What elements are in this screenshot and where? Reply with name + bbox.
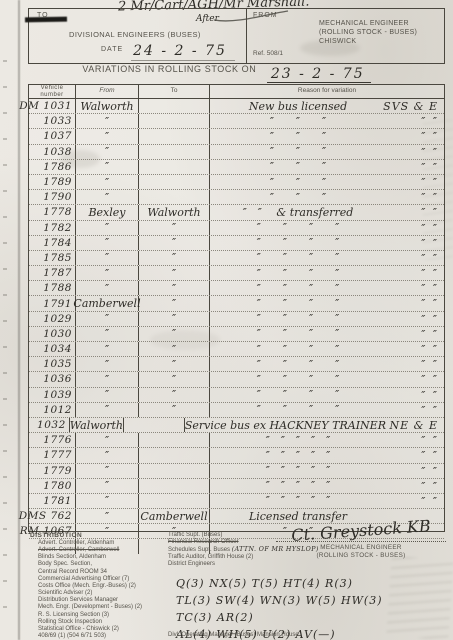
reason-cell: ″ ″ ″ ″ ″ ″ xyxy=(210,296,444,310)
table-row: 1033 ″ ″ ″ ″ ″ ″ xyxy=(29,114,444,129)
table-row: 1781 ″ ″ ″ ″ ″ ″ ″ ″ xyxy=(29,494,444,509)
reason-text: ″ ″ ″ ″ xyxy=(257,236,397,249)
reason-text: ″ ″ ″ xyxy=(270,145,384,158)
reason-text: ″ ″ ″ xyxy=(270,191,384,204)
reason-cell: ″ ″ ″ ″ ″ xyxy=(210,114,444,128)
reason-text: ″ ″ ″ ″ xyxy=(257,403,397,416)
distribution-title: DISTRIBUTION xyxy=(30,532,82,539)
to-cell xyxy=(139,114,210,128)
to-cell: ″ xyxy=(139,251,210,265)
from-cell: Walworth xyxy=(70,418,124,432)
from-cell: ″ xyxy=(76,494,139,508)
table-header-row: Vehicle number From To Reason for variat… xyxy=(29,85,444,99)
to-cell xyxy=(139,129,210,143)
vehicle-number-cell: 1784 xyxy=(29,236,76,250)
reason-text: ″ ″ ″ ″ xyxy=(257,388,397,401)
reason-cell: ″ ″ ″ ″ ″ xyxy=(210,129,444,143)
reason-cell: ″ ″ ″ ″ ″ ″ xyxy=(210,388,444,402)
reason-code-text: ″ ″ xyxy=(421,222,438,235)
reason-cell: ″ ″ ″ ″ ″ ″ ″ xyxy=(210,433,444,447)
margin-marks xyxy=(3,60,7,620)
table-row: 1778 Bexley Walworth ″ ″ & transferred ″… xyxy=(29,205,444,220)
distribution-item: Costs Office (Mech. Engr.-Buses) (2) xyxy=(38,583,178,590)
from-cell: ″ xyxy=(76,372,139,386)
reason-code-text: ″ ″ xyxy=(421,206,438,219)
reason-cell: ″ ″ ″ ″ ″ ″ xyxy=(210,372,444,386)
reason-code-text: ″ ″ xyxy=(421,161,438,174)
reason-code-text: ″ ″ xyxy=(421,389,438,402)
vehicle-number-cell: DMS 762 xyxy=(29,509,76,523)
vehicle-number-cell: 1785 xyxy=(29,251,76,265)
table-row: 1788 ″ ″ ″ ″ ″ ″ ″ ″ xyxy=(29,281,444,296)
vehicle-number-cell: 1030 xyxy=(29,327,76,341)
vehicle-number-cell: 1786 xyxy=(29,160,76,174)
table-row: 1012 ″ ″ ″ ″ ″ ″ ″ ″ xyxy=(29,403,444,418)
vehicle-number-cell: 1032 xyxy=(29,418,70,432)
reason-code-text: ″ ″ xyxy=(421,130,438,143)
distribution-item: R. S. Licensing Section (3) xyxy=(38,612,178,619)
reason-text: ″ ″ ″ ″ ″ xyxy=(266,479,389,492)
from-cell: ″ xyxy=(76,145,139,159)
table-body: DM 1031 Walworth New bus licensed SVS & … xyxy=(29,99,444,554)
from-line-1: MECHANICAL ENGINEER xyxy=(319,19,417,28)
to-cell xyxy=(139,145,210,159)
reason-cell: ″ ″ ″ ″ ″ ″ xyxy=(210,266,444,280)
reason-text: ″ ″ ″ ″ xyxy=(257,373,397,386)
from-cell: Bexley xyxy=(76,205,139,219)
document-title: VARIATIONS IN ROLLING STOCK ON 23 - 2 - … xyxy=(0,64,453,83)
table-row: 1787 ″ ″ ″ ″ ″ ″ ″ ″ xyxy=(29,266,444,281)
table-row: 1785 ″ ″ ″ ″ ″ ″ ″ ″ xyxy=(29,251,444,266)
table-row: 1777 ″ ″ ″ ″ ″ ″ ″ ″ xyxy=(29,448,444,463)
distribution-item: Statistical Office - Chiswick (2) xyxy=(38,626,178,633)
date-row: DATE 24 - 2 - 75 xyxy=(101,43,235,59)
to-cell xyxy=(139,494,210,508)
reason-text: ″ ″ ″ ″ ″ xyxy=(266,464,389,477)
from-cell: ″ xyxy=(76,190,139,204)
vehicle-number-cell: 1782 xyxy=(29,221,76,235)
reason-cell: ″ ″ ″ ″ ″ ″ ″ xyxy=(210,479,444,493)
table-row: 1038 ″ ″ ″ ″ ″ ″ xyxy=(29,145,444,160)
date-value: 24 - 2 - 75 xyxy=(131,43,235,61)
distribution-item: Advert. Controller, Aldenham xyxy=(38,540,178,547)
vehicle-number-cell: 1035 xyxy=(29,357,76,371)
from-cell: ″ xyxy=(76,403,139,417)
reason-text: ″ ″ ″ ″ xyxy=(257,358,397,371)
vehicle-number-cell: 1791 xyxy=(29,296,76,310)
reason-text: ″ ″ ″ ″ xyxy=(257,297,397,310)
vehicle-number-cell: 1787 xyxy=(29,266,76,280)
reason-code-text: ″ ″ xyxy=(421,480,438,493)
reason-code-text: ″ ″ xyxy=(421,297,438,310)
from-cell: ″ xyxy=(76,175,139,189)
table-row: 1789 ″ ″ ″ ″ ″ ″ xyxy=(29,175,444,190)
recipient-item: District Engineers xyxy=(168,561,348,568)
to-cell xyxy=(139,99,210,113)
to-cell: ″ xyxy=(139,281,210,295)
vehicle-number-header: Vehicle number xyxy=(29,85,76,98)
from-cell: ″ xyxy=(76,221,139,235)
vehicle-number-cell: 1012 xyxy=(29,403,76,417)
table-row: 1782 ″ ″ ″ ″ ″ ″ ″ ″ xyxy=(29,221,444,236)
vehicle-number-cell: 1790 xyxy=(29,190,76,204)
reason-code-text: ″ ″ xyxy=(421,191,438,204)
table-row: 1790 ″ ″ ″ ″ ″ ″ xyxy=(29,190,444,205)
reason-text: ″ ″ ″ xyxy=(270,115,384,128)
reason-cell: ″ ″ ″ ″ ″ ″ xyxy=(210,403,444,417)
to-cell xyxy=(139,160,210,174)
to-cell xyxy=(139,433,210,447)
reason-text: ″ ″ ″ ″ xyxy=(257,343,397,356)
reason-cell: Service bus ex HACKNEY TRAINER NE & E xyxy=(185,418,444,432)
to-cell: Walworth xyxy=(139,205,210,219)
vehicle-number-cell: 1789 xyxy=(29,175,76,189)
table-row: 1029 ″ ″ ″ ″ ″ ″ ″ ″ xyxy=(29,312,444,327)
table-row: 1786 ″ ″ ″ ″ ″ ″ xyxy=(29,160,444,175)
reason-code-text: ″ ″ xyxy=(421,465,438,478)
distribution-item: Body Spec. Section, xyxy=(38,561,178,568)
from-header: From xyxy=(76,85,139,98)
reason-code-text: ″ ″ xyxy=(421,328,438,341)
title-printed-text: VARIATIONS IN ROLLING STOCK ON xyxy=(82,64,256,74)
reason-cell: ″ ″ ″ ″ ″ ″ xyxy=(210,221,444,235)
reason-text: ″ ″ ″ xyxy=(270,176,384,189)
vehicle-number-cell: 1033 xyxy=(29,114,76,128)
from-cell: ″ xyxy=(76,388,139,402)
reason-text: ″ ″ ″ ″ xyxy=(257,251,397,264)
table-row: 1039 ″ ″ ″ ″ ″ ″ ″ ″ xyxy=(29,388,444,403)
from-cell: ″ xyxy=(76,327,139,341)
table-row: 1776 ″ ″ ″ ″ ″ ″ ″ ″ xyxy=(29,433,444,448)
operating-manager-line: Divl. Operating Manager (Buses) Mansion … xyxy=(168,632,299,638)
reason-code-text: ″ ″ xyxy=(421,358,438,371)
to-cell: ″ xyxy=(139,403,210,417)
to-value: DIVISIONAL ENGINEERS (BUSES) xyxy=(69,30,201,39)
reason-code-text: ″ ″ xyxy=(421,313,438,326)
reason-text: ″ ″ ″ ″ ″ xyxy=(266,494,389,507)
table-row: 1034 ″ ″ ″ ″ ″ ″ ″ ″ xyxy=(29,342,444,357)
reason-cell: ″ ″ ″ ″ ″ xyxy=(210,190,444,204)
reason-code-text: ″ ″ xyxy=(421,146,438,159)
from-label: FROM xyxy=(253,12,278,19)
title-handwritten-date: 23 - 2 - 75 xyxy=(267,66,371,83)
from-cell: Camberwell xyxy=(76,296,139,310)
from-line-3: CHISWICK xyxy=(319,37,417,46)
date-label: DATE xyxy=(101,46,123,53)
table-row: 1036 ″ ″ ″ ″ ″ ″ ″ ″ xyxy=(29,372,444,387)
from-cell: ″ xyxy=(76,312,139,326)
vehicle-number-cell: 1036 xyxy=(29,372,76,386)
reason-text: ″ ″ ″ ″ ″ xyxy=(266,434,389,447)
to-cell xyxy=(139,190,210,204)
variations-table: Vehicle number From To Reason for variat… xyxy=(28,84,445,532)
from-cell: ″ xyxy=(76,160,139,174)
reason-text: ″ ″ & transferred xyxy=(243,206,412,219)
table-row: 1032 Walworth Service bus ex HACKNEY TRA… xyxy=(29,418,444,433)
distribution-item: Scientific Adviser (2) xyxy=(38,590,178,597)
distribution-item: Central Record ROOM 34 xyxy=(38,569,178,576)
reason-code-text: ″ ″ xyxy=(421,404,438,417)
vehicle-number-cell: 1781 xyxy=(29,494,76,508)
to-cell xyxy=(139,175,210,189)
table-row: DM 1031 Walworth New bus licensed SVS & … xyxy=(29,99,444,114)
from-cell: ″ xyxy=(76,236,139,250)
footer-section: DISTRIBUTION Advert. Controller, Aldenha… xyxy=(28,531,448,640)
from-cell: ″ xyxy=(76,281,139,295)
table-row: 1037 ″ ″ ″ ″ ″ ″ xyxy=(29,129,444,144)
reason-text: ″ ″ ″ ″ xyxy=(257,327,397,340)
reason-code-text: ″ ″ xyxy=(421,237,438,250)
from-cell: ″ xyxy=(76,266,139,280)
distribution-item: Blinds Section, Aldenham xyxy=(38,554,178,561)
distribution-item: Mech. Engr. (Development - Buses) (2) xyxy=(38,604,178,611)
vehicle-number-cell: 1779 xyxy=(29,464,76,478)
from-cell: ″ xyxy=(76,342,139,356)
reason-code-text: SVS & E xyxy=(383,100,438,113)
reason-code-text: ″ ″ xyxy=(421,434,438,447)
from-cell: ″ xyxy=(76,114,139,128)
signatory-title-1: MECHANICAL ENGINEER xyxy=(276,544,446,552)
reason-cell: ″ ″ ″ ″ ″ ″ xyxy=(210,312,444,326)
from-cell: ″ xyxy=(76,464,139,478)
reason-code-text: ″ ″ xyxy=(421,373,438,386)
distribution-list: Advert. Controller, AldenhamAdvert. Cont… xyxy=(38,540,178,640)
from-line-2: (ROLLING STOCK - BUSES) xyxy=(319,28,417,37)
reason-code-text: ″ ″ xyxy=(421,282,438,295)
from-cell: ″ xyxy=(76,251,139,265)
reason-cell: ″ ″ ″ ″ ″ xyxy=(210,175,444,189)
reason-cell: ″ ″ ″ ″ ″ ″ xyxy=(210,281,444,295)
table-row: 1035 ″ ″ ″ ″ ″ ″ ″ ″ xyxy=(29,357,444,372)
vehicle-number-cell: 1034 xyxy=(29,342,76,356)
to-cell: ″ xyxy=(139,372,210,386)
reason-text: ″ ″ ″ xyxy=(270,160,384,173)
reason-code-text: ″ ″ xyxy=(421,252,438,265)
to-cell xyxy=(139,448,210,462)
to-cell: ″ xyxy=(139,312,210,326)
reason-cell: ″ ″ & transferred ″ ″ xyxy=(210,205,444,219)
scanned-document-page: 2 Mr/Cart/AGH/Mr Marshall. After TO DIVI… xyxy=(0,0,453,640)
table-row: 1779 ″ ″ ″ ″ ″ ″ ″ ″ xyxy=(29,464,444,479)
garage-code-line: TC(3) AR(2) xyxy=(176,609,383,626)
vehicle-number-cell: 1788 xyxy=(29,281,76,295)
vehicle-number-cell: 1029 xyxy=(29,312,76,326)
to-cell: ″ xyxy=(139,327,210,341)
reason-text: ″ ″ ″ ″ xyxy=(257,221,397,234)
reason-cell: ″ ″ ″ ″ ″ ″ xyxy=(210,357,444,371)
garage-code-line: Q(3) NX(5) T(5) HT(4) R(3) xyxy=(176,575,383,592)
from-cell: Walworth xyxy=(76,99,139,113)
to-cell: ″ xyxy=(139,266,210,280)
reason-cell: ″ ″ ″ ″ ″ xyxy=(210,145,444,159)
from-address: MECHANICAL ENGINEER (ROLLING STOCK - BUS… xyxy=(319,19,417,46)
distribution-item: Rolling Stock Inspection xyxy=(38,619,178,626)
distribution-item: Advert. Controller, Camberwell xyxy=(38,547,178,554)
vehicle-number-cell: DM 1031 xyxy=(29,99,76,113)
header-divider xyxy=(246,9,247,63)
reason-cell: ″ ″ ″ ″ ″ ″ xyxy=(210,327,444,341)
distribution-item: Commercial Advertising Officer (7) xyxy=(38,576,178,583)
to-cell: ″ xyxy=(139,221,210,235)
reason-header: Reason for variation xyxy=(210,85,444,98)
vehicle-number-cell: 1777 xyxy=(29,448,76,462)
vehicle-number-cell: 1038 xyxy=(29,145,76,159)
table-row: 1780 ″ ″ ″ ″ ″ ″ ″ ″ xyxy=(29,479,444,494)
from-cell: ″ xyxy=(76,357,139,371)
reason-text: ″ ″ ″ ″ xyxy=(257,267,397,280)
reason-text: ″ ″ ″ ″ ″ xyxy=(266,449,389,462)
ink-mark xyxy=(25,17,67,23)
garage-codes: Q(3) NX(5) T(5) HT(4) R(3)TL(3) SW(4) WN… xyxy=(176,575,383,640)
garage-code-line: TL(3) SW(4) WN(3) W(5) HW(3) xyxy=(176,592,383,609)
to-cell xyxy=(139,479,210,493)
from-cell: ″ xyxy=(76,479,139,493)
to-cell: ″ xyxy=(139,296,210,310)
reason-cell: ″ ″ ″ ″ ″ ″ ″ xyxy=(210,448,444,462)
vehicle-number-cell: 1778 xyxy=(29,205,76,219)
vehicle-number-cell: 1037 xyxy=(29,129,76,143)
from-cell: ″ xyxy=(76,129,139,143)
reason-cell: New bus licensed SVS & E xyxy=(210,99,444,113)
reason-code-text: ″ ″ xyxy=(421,267,438,280)
from-cell: ″ xyxy=(76,433,139,447)
to-cell xyxy=(139,464,210,478)
reason-text: ″ ″ ″ xyxy=(270,130,384,143)
reason-code-text: ″ ″ xyxy=(421,449,438,462)
vehicle-number-cell: 1039 xyxy=(29,388,76,402)
to-cell: Camberwell xyxy=(139,509,210,523)
to-cell: ″ xyxy=(139,342,210,356)
reason-text: ″ ″ ″ ″ xyxy=(257,312,397,325)
reason-cell: ″ ″ ″ ″ ″ ″ ″ xyxy=(210,494,444,508)
from-cell: ″ xyxy=(76,509,139,523)
reference-number: Ref. 508/1 xyxy=(253,50,283,57)
to-cell: ″ xyxy=(139,357,210,371)
to-cell: ″ xyxy=(139,388,210,402)
distribution-item: Distribution Services Manager xyxy=(38,597,178,604)
reason-code-text: ″ ″ xyxy=(421,176,438,189)
distribution-item: 408/69 (1) (504 6/71 503) xyxy=(38,633,178,640)
vehicle-number-cell: 1780 xyxy=(29,479,76,493)
reason-code-text: ″ ″ xyxy=(421,495,438,508)
to-header: To xyxy=(139,85,210,98)
signature-block: Ct. Greystock KB MECHANICAL ENGINEER (RO… xyxy=(276,521,446,560)
table-row: 1030 ″ ″ ″ ″ ″ ″ ″ ″ xyxy=(29,327,444,342)
vehicle-number-cell: 1776 xyxy=(29,433,76,447)
to-cell xyxy=(124,418,185,432)
reason-code-text: ″ ″ xyxy=(421,115,438,128)
reason-cell: ″ ″ ″ ″ ″ ″ xyxy=(210,236,444,250)
reason-cell: ″ ″ ″ ″ ″ ″ ″ xyxy=(210,464,444,478)
reason-cell: ″ ″ ″ ″ ″ xyxy=(210,160,444,174)
reason-cell: ″ ″ ″ ″ ″ ″ xyxy=(210,342,444,356)
reason-code-text: NE & E xyxy=(390,419,438,432)
page-edge-line xyxy=(18,0,20,640)
reason-text: New bus licensed xyxy=(249,100,405,113)
from-cell: ″ xyxy=(76,448,139,462)
signatory-title-2: (ROLLING STOCK - BUSES) xyxy=(276,552,446,560)
reason-cell: ″ ″ ″ ″ ″ ″ xyxy=(210,251,444,265)
table-row: 1791 Camberwell ″ ″ ″ ″ ″ ″ ″ xyxy=(29,296,444,311)
table-row: 1784 ″ ″ ″ ″ ″ ″ ″ ″ xyxy=(29,236,444,251)
header-box: TO DIVISIONAL ENGINEERS (BUSES) DATE 24 … xyxy=(28,8,445,64)
reason-text: ″ ″ ″ ″ xyxy=(257,282,397,295)
to-cell: ″ xyxy=(139,236,210,250)
reason-code-text: ″ ″ xyxy=(421,343,438,356)
